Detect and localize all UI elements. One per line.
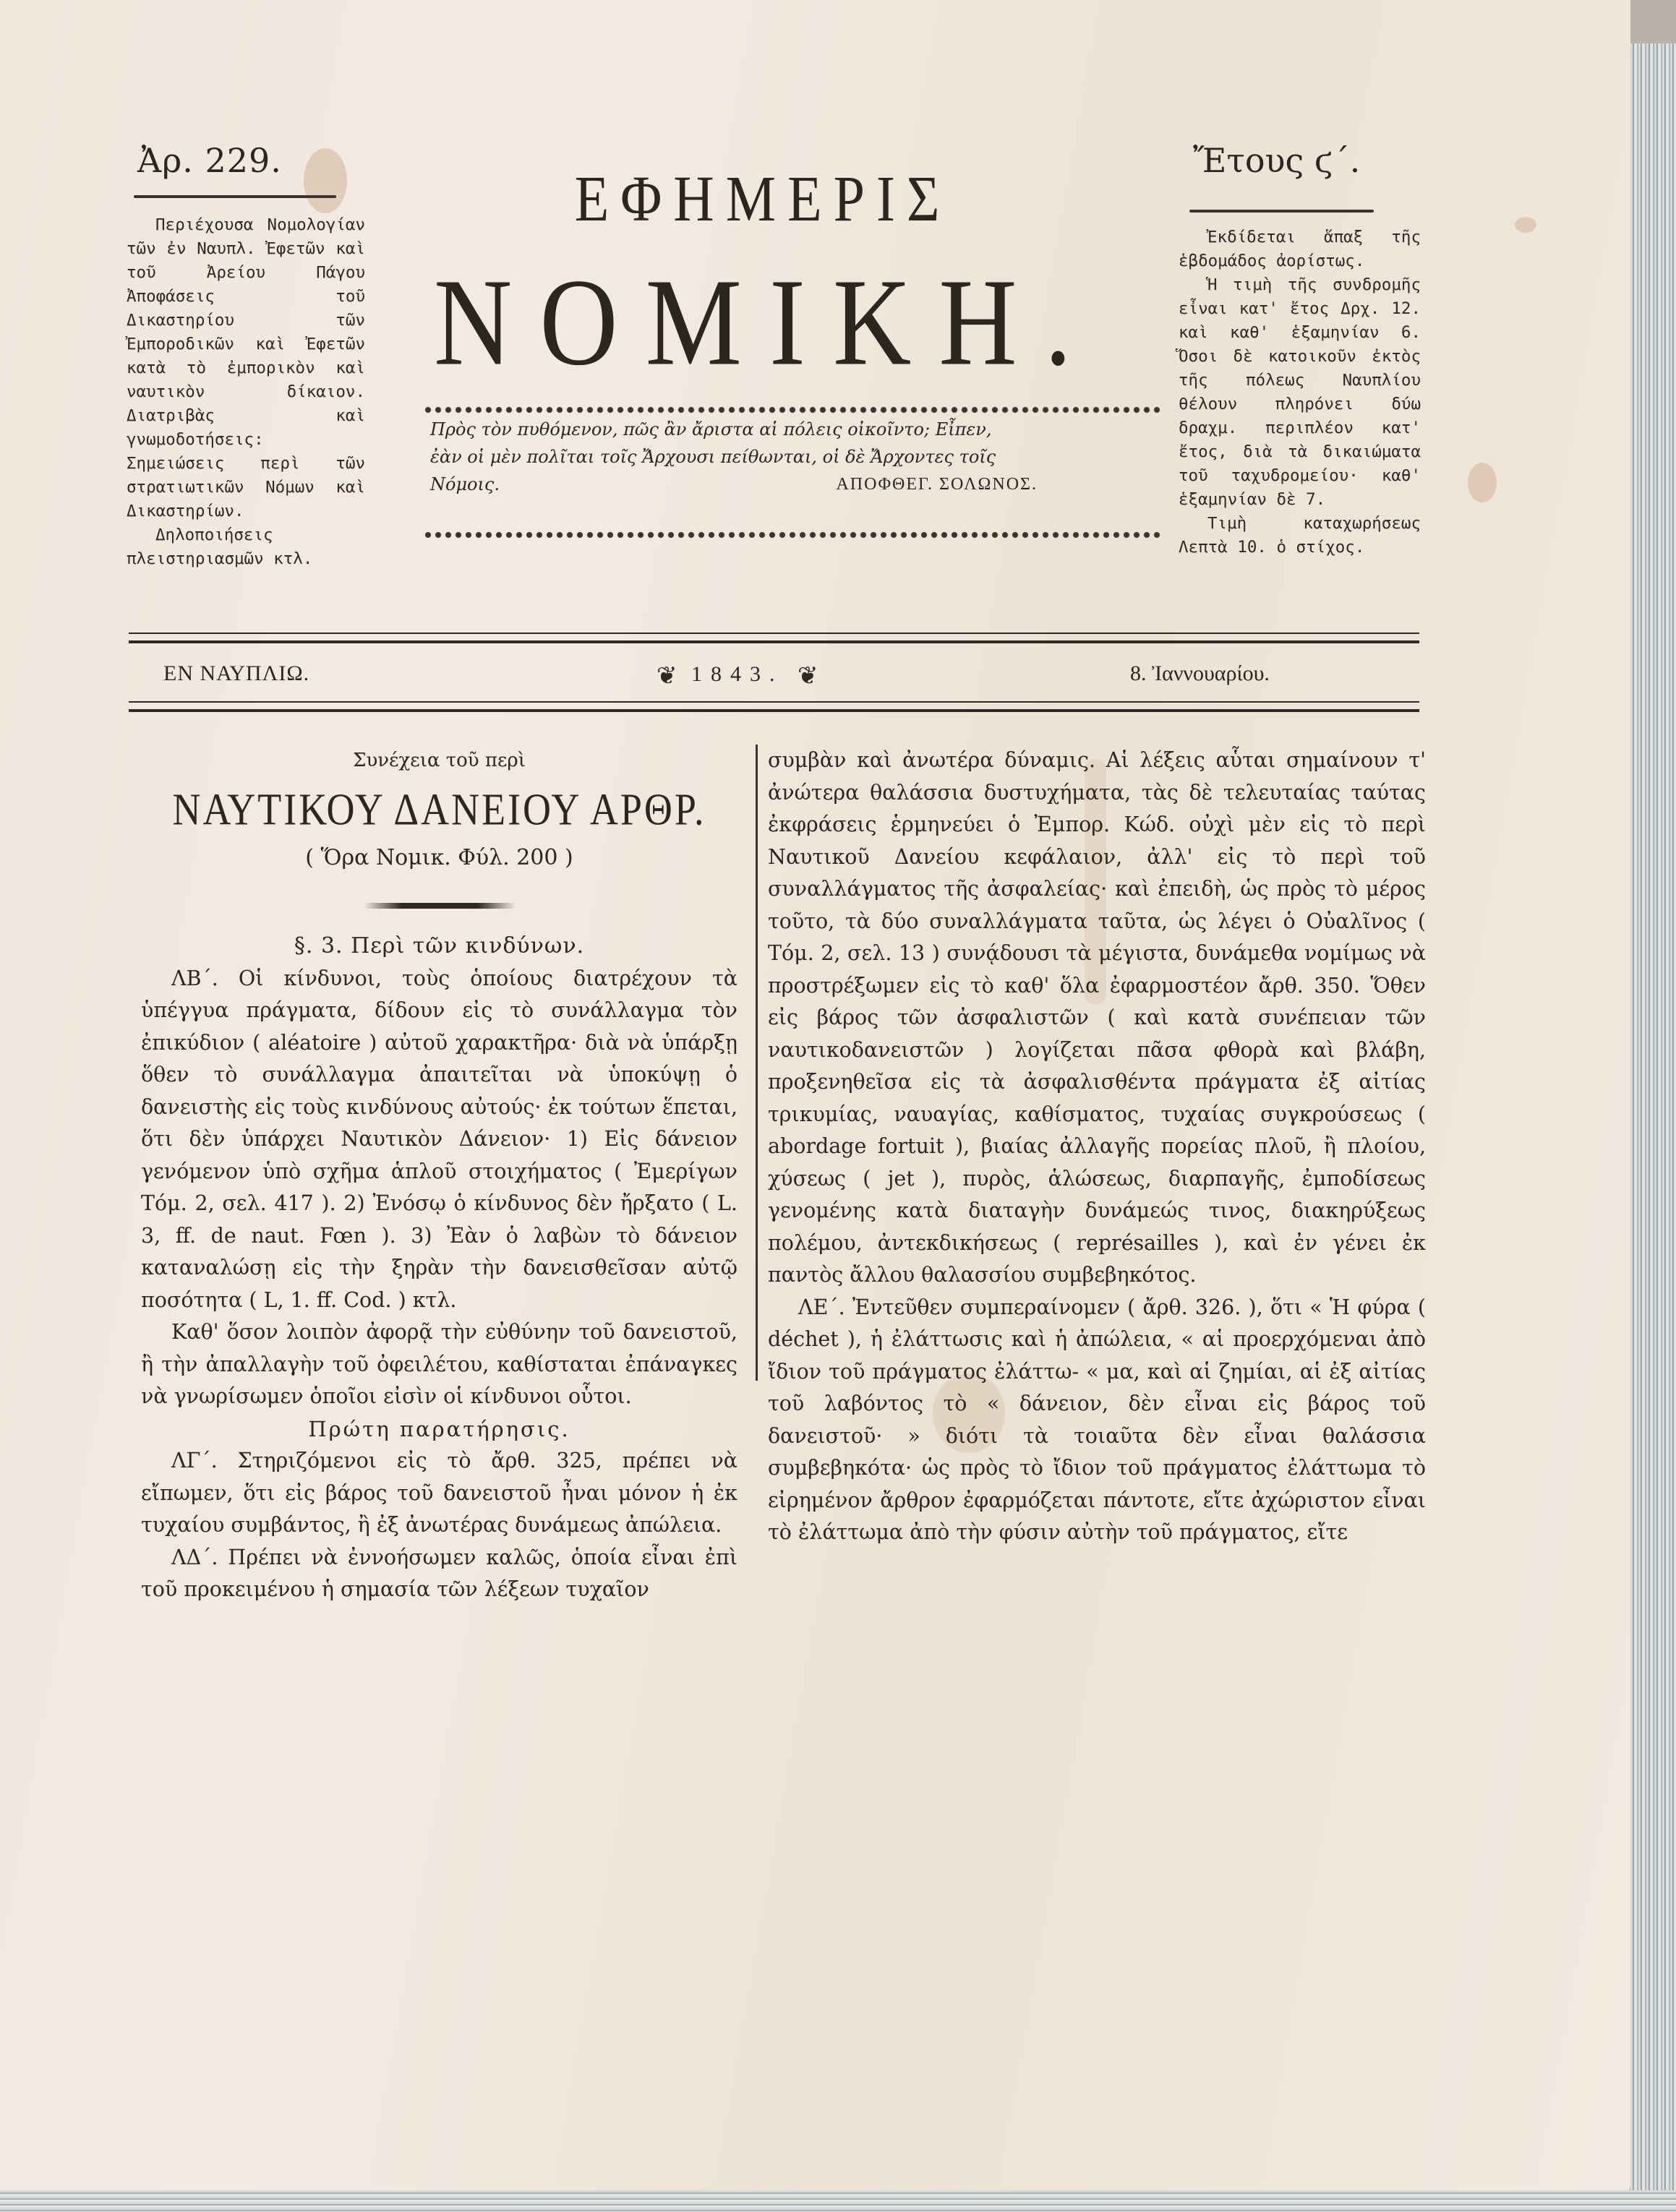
motto-attribution: ΑΠΟΦΘΕΓ. ΣΟΛΩΝΟΣ. <box>836 471 1038 498</box>
article-title: ΝΑΥΤΙΚΟΥ ΔΑΝΕΙΟΥ ΑΡΘΡ. <box>141 772 737 847</box>
issue-number: Ἀρ. 229. <box>137 141 282 180</box>
paragraph-le: ΛΕ΄. Ἐντεῦθεν συμπεραίνομεν ( ἄρθ. 326. … <box>768 1292 1426 1549</box>
article-column-left: Συνέχεια τοῦ περὶ ΝΑΥΤΙΚΟΥ ΔΑΝΕΙΟΥ ΑΡΘΡ.… <box>141 745 737 1606</box>
foxing-stain <box>1468 463 1497 502</box>
paragraph-ld: ΛΔ΄. Πρέπει νὰ ἐννοήσωμεν καλῶς, ὁποία ε… <box>141 1542 737 1606</box>
foxing-stain <box>1515 217 1536 233</box>
motto-line-2: ἐὰν οἱ μὲν πολῖται τοῖς Ἄρχουσι πείθωντα… <box>430 443 1160 471</box>
motto: Πρὸς τὸν πυθόμενον, πῶς ἂν ἄριστα αἱ πόλ… <box>430 416 1160 498</box>
book-page-edges <box>1630 43 1676 2212</box>
masthead-title-top: ΕΦΗΜΕΡΙΣ <box>488 161 1038 236</box>
double-rule-bottom <box>129 701 1419 719</box>
motto-line-3: Νόμοις. <box>430 471 500 498</box>
subscription-box: Ἐκδίδεται ἅπαξ τῆς ἑβδομάδος ἀορίστως. Ἡ… <box>1179 226 1421 560</box>
dateline-year-group: ❦ 1843. ❦ <box>657 661 818 690</box>
contents-box: Περιέχουσα Νομολογίαν τῶν ἐν Ναυπλ. Ἐφετ… <box>127 213 365 571</box>
fleuron-icon: ❦ <box>657 661 677 690</box>
column-divider <box>756 745 758 1381</box>
advertising-price: Τιμὴ καταχωρήσεως Λεπτὰ 10. ὁ στίχος. <box>1179 512 1421 560</box>
dateline-date: 8. Ἰαννουαρίου. <box>1130 661 1270 686</box>
dateline-place: ΕΝ ΝΑΥΠΛΙΩ. <box>163 661 309 686</box>
ornament-divider <box>364 903 516 909</box>
book-bottom-edges <box>0 2190 1676 2212</box>
dateline-year: 1843. <box>691 662 784 686</box>
subscription-price: Ἡ τιμὴ τῆς συνδρομῆς εἶναι κατ' ἔτος Δρχ… <box>1179 273 1421 512</box>
subheading: Πρώτη παρατήρησις. <box>141 1413 737 1446</box>
dotted-rule <box>423 531 1164 539</box>
dotted-rule <box>423 406 1164 413</box>
article-column-right: συμβὰν καὶ ἀνωτέρα δύναμις. Αἱ λέξεις αὗ… <box>768 745 1426 1549</box>
fleuron-icon: ❦ <box>798 661 818 690</box>
brace-rule <box>134 195 336 198</box>
motto-line-1: Πρὸς τὸν πυθόμενον, πῶς ἂν ἄριστα αἱ πόλ… <box>430 416 1160 443</box>
brace-rule <box>1189 210 1374 213</box>
paragraph-continuation: συμβὰν καὶ ἀνωτέρα δύναμις. Αἱ λέξεις αὗ… <box>768 745 1426 1292</box>
masthead-title-main: ΝΟΜΙΚΗ. <box>434 251 1041 394</box>
contents-notice: Δηλοποιήσεις πλειστηριασμῶν κτλ. <box>127 523 365 571</box>
newspaper-page: Ἀρ. 229. Περιέχουσα Νομολογίαν τῶν ἐν Να… <box>0 0 1630 2198</box>
contents-text: Περιέχουσα Νομολογίαν τῶν ἐν Ναυπλ. Ἐφετ… <box>127 213 365 523</box>
foxing-stain <box>304 148 347 213</box>
paragraph-kath-oson: Καθ' ὅσον λοιπὸν ἀφορᾷ τὴν εὐθύνην τοῦ δ… <box>141 1316 737 1413</box>
publication-frequency: Ἐκδίδεται ἅπαξ τῆς ἑβδομάδος ἀορίστως. <box>1179 226 1421 273</box>
double-rule-top <box>129 633 1419 650</box>
year-label: Ἔτους ϛ΄. <box>1193 141 1360 180</box>
section-heading: §. 3. Περὶ τῶν κινδύνων. <box>141 930 737 963</box>
paragraph-lg: ΛΓ΄. Στηριζόμενοι εἰς τὸ ἄρθ. 325, πρέπε… <box>141 1445 737 1542</box>
paragraph-lb: ΛΒ΄. Οἱ κίνδυνοι, τοὺς ὁποίους διατρέχου… <box>141 963 737 1317</box>
